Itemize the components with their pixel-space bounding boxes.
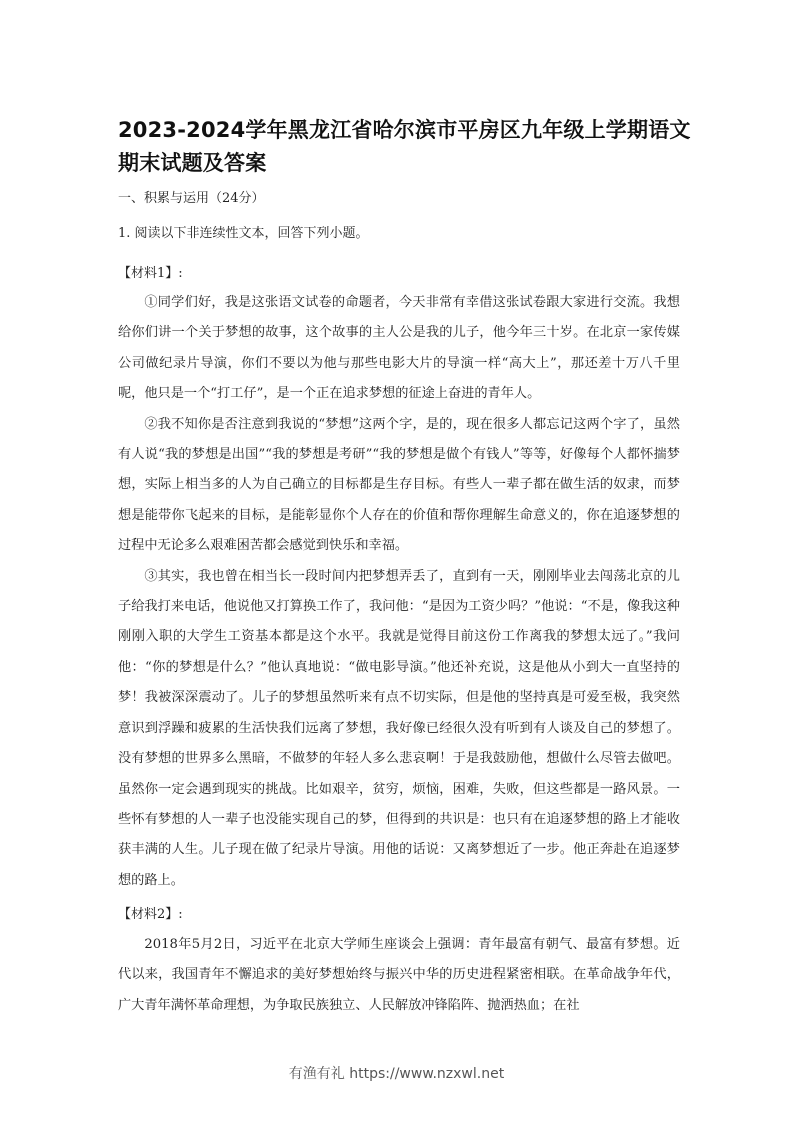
document-title-line-2: 期末试题及答案 bbox=[118, 147, 688, 177]
material-1-paragraph-3: ③其实，我也曾在相当长一段时间内把梦想弄丢了，直到有一天，刚刚毕业去闯荡北京的儿… bbox=[118, 562, 680, 896]
material-1-paragraph-2: ②我不知你是否注意到我说的“梦想”这两个字，是的，现在很多人都忘记这两个字了，虽… bbox=[118, 410, 680, 562]
question-1-prompt: 1. 阅读以下非连续性文本，回答下列小题。 bbox=[118, 222, 369, 241]
material-1-body: ①同学们好，我是这张语文试卷的命题者，今天非常有幸借这张试卷跟大家进行交流。我想… bbox=[118, 288, 680, 896]
material-2-label: 【材料2】: bbox=[118, 903, 183, 922]
material-1-label: 【材料1】: bbox=[118, 262, 183, 281]
watermark-footer: 有渔有礼 https://www.nzxwl.net bbox=[0, 1063, 793, 1083]
section-heading: 一、积累与运用（24分） bbox=[118, 187, 265, 206]
material-1-paragraph-1: ①同学们好，我是这张语文试卷的命题者，今天非常有幸借这张试卷跟大家进行交流。我想… bbox=[118, 288, 680, 410]
material-2-body: 2018年5月2日，习近平在北京大学师生座谈会上强调：青年最富有朝气、最富有梦想… bbox=[118, 930, 680, 1021]
material-2-paragraph-1: 2018年5月2日，习近平在北京大学师生座谈会上强调：青年最富有朝气、最富有梦想… bbox=[118, 930, 680, 1021]
document-title-line-1: 2023-2024学年黑龙江省哈尔滨市平房区九年级上学期语文 bbox=[118, 114, 688, 144]
